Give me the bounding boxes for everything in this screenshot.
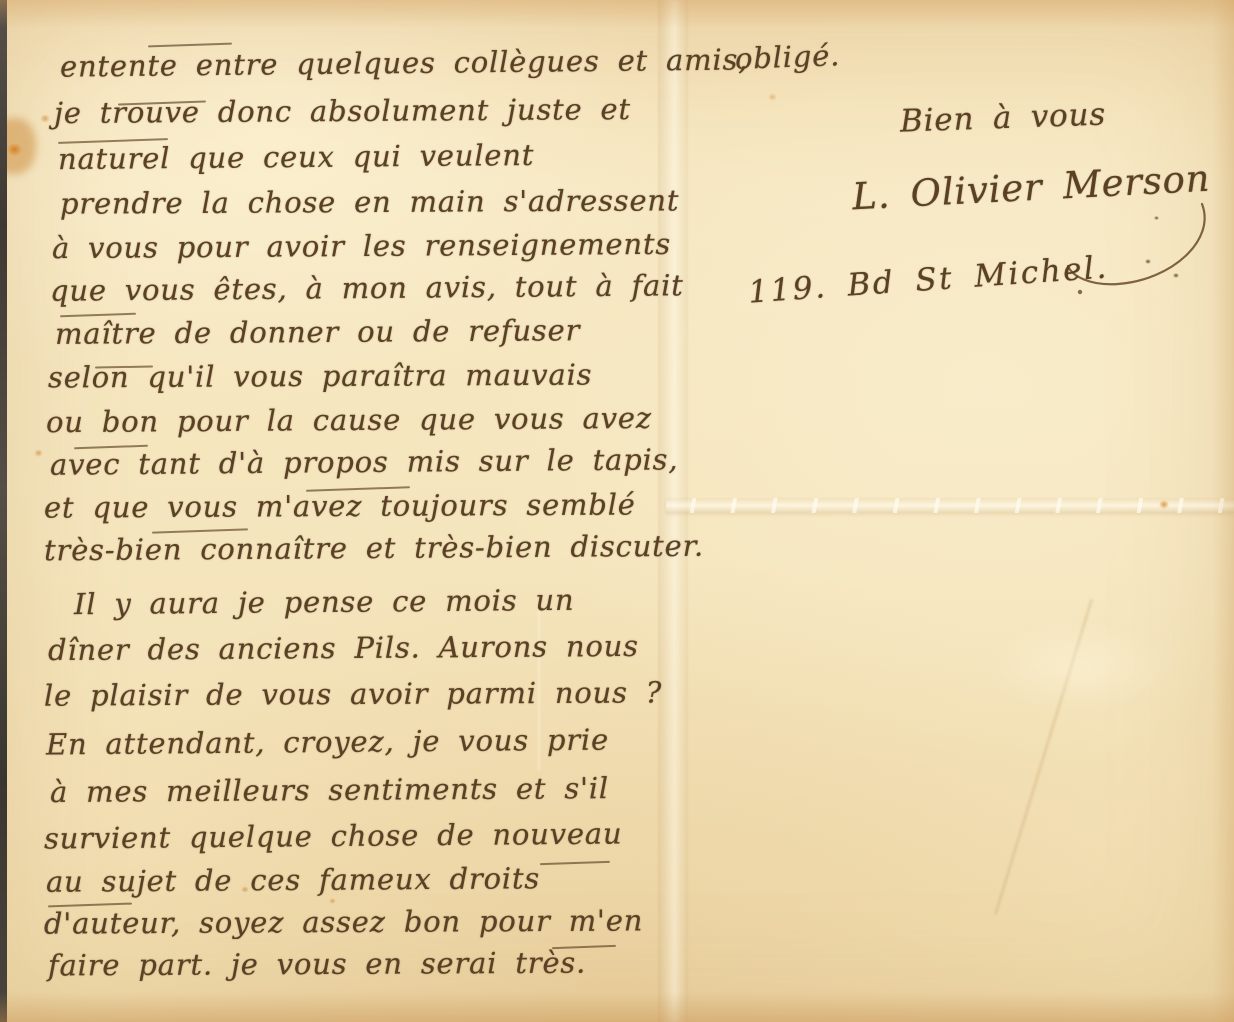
scan-edge-left	[0, 0, 7, 1022]
pen-stroke	[540, 861, 610, 865]
manuscript-line: naturel que ceux qui veulent	[58, 138, 534, 176]
scan-edge-bottom	[0, 992, 1234, 1022]
manuscript-line: je trouve donc absolument juste et	[54, 92, 631, 130]
foxing-spot	[768, 93, 777, 101]
foxing-spot	[40, 114, 50, 123]
manuscript-line: et que vous m'avez toujours semblé	[44, 487, 636, 524]
manuscript-line: très-bien connaître et très-bien discute…	[44, 529, 704, 568]
manuscript-line: au sujet de ces fameux droits	[46, 861, 540, 898]
letter-scan: entente entre quelques collègues et amis…	[0, 0, 1234, 1022]
foxing-spot	[7, 143, 22, 156]
manuscript-line: faire part. je vous en serai très.	[48, 946, 586, 983]
manuscript-line: à mes meilleurs sentiments et s'il	[50, 771, 609, 809]
scan-edge-right	[1212, 0, 1234, 1022]
foxing-spot	[34, 449, 43, 457]
pen-stroke	[148, 43, 232, 48]
manuscript-line: En attendant, croyez, je vous prie	[46, 723, 609, 762]
valediction-line: Bien à vous	[899, 96, 1106, 139]
manuscript-line: dîner des anciens Pils. Aurons nous	[48, 629, 639, 667]
manuscript-line: entente entre quelques collègues et amis…	[60, 42, 749, 83]
manuscript-line: à vous pour avoir les renseignements	[52, 227, 671, 265]
manuscript-line: ou bon pour la cause que vous avez	[46, 401, 652, 439]
foxing-spot	[329, 898, 336, 904]
manuscript-line: avec tant d'à propos mis sur le tapis,	[50, 442, 679, 481]
manuscript-line: le plaisir de vous avoir parmi nous ?	[44, 675, 662, 712]
manuscript-line: obligé.	[734, 38, 840, 76]
watermark-ghost	[980, 618, 1180, 713]
manuscript-line: prendre la chose en main s'adressent	[60, 183, 679, 220]
manuscript-line: d'auteur, soyez assez bon pour m'en	[44, 903, 643, 940]
manuscript-line: que vous êtes, à mon avis, tout à fait	[50, 268, 684, 308]
foxing-spot	[1159, 500, 1169, 509]
manuscript-line: maître de donner ou de refuser	[55, 313, 580, 351]
manuscript-line: selon qu'il vous paraîtra mauvais	[48, 358, 592, 395]
scan-edge-top	[0, 0, 1234, 28]
horizontal-fold-crease	[666, 498, 1234, 513]
manuscript-line: Il y aura je pense ce mois un	[74, 583, 575, 621]
manuscript-line: survient quelque chose de nouveau	[44, 816, 623, 855]
